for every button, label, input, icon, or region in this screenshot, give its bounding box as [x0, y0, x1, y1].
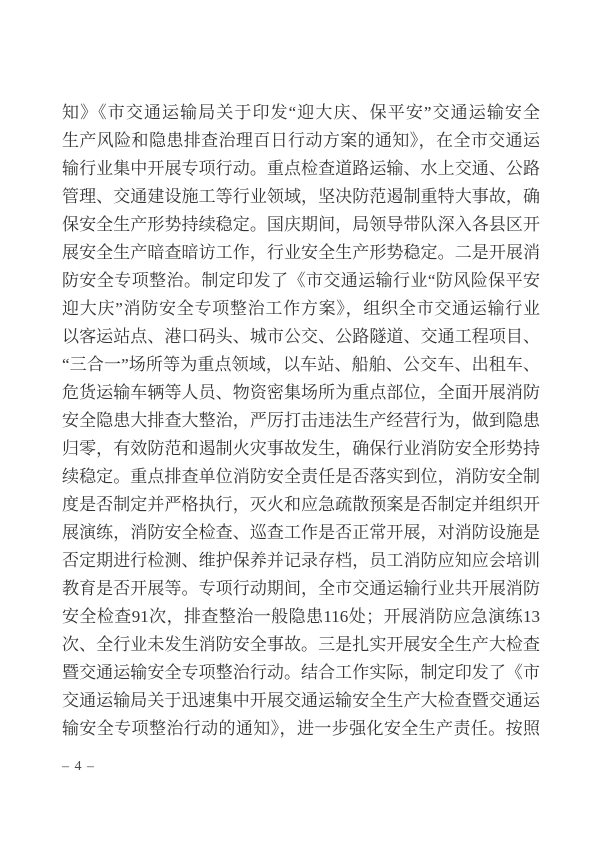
text-line: 生产风险和隐患排查治理百日行动方案的通知》，在全市交通运 — [62, 127, 540, 155]
text-line: 输行业集中开展专项行动。重点检查道路运输、水上交通、公路 — [62, 155, 540, 183]
text-line: 安全隐患大排查大整治，严厉打击违法生产经营行为，做到隐患 — [62, 407, 540, 435]
text-line: 度是否制定并严格执行，灭火和应急疏散预案是否制定并组织开 — [62, 491, 540, 519]
text-line: 交通运输局关于迅速集中开展交通运输安全生产大检查暨交通运 — [62, 687, 540, 715]
text-line: 知》《市交通运输局关于印发“迎大庆、保平安”交通运输安全 — [62, 99, 540, 127]
page-number: – 4 – — [62, 759, 95, 775]
text-line: 输安全专项整治行动的通知》，进一步强化安全生产责任。按照 — [62, 715, 540, 743]
document-page: 知》《市交通运输局关于印发“迎大庆、保平安”交通运输安全 生产风险和隐患排查治理… — [0, 0, 600, 848]
text-line: 迎大庆”消防安全专项整治工作方案》，组织全市交通运输行业 — [62, 295, 540, 323]
text-line: 续稳定。重点排查单位消防安全责任是否落实到位，消防安全制 — [62, 463, 540, 491]
text-line: 教育是否开展等。专项行动期间，全市交通运输行业共开展消防 — [62, 575, 540, 603]
text-line: 防安全专项整治。制定印发了《市交通运输行业“防风险保平安 — [62, 267, 540, 295]
text-line: 危货运输车辆等人员、物资密集场所为重点部位，全面开展消防 — [62, 379, 540, 407]
text-line: 保安全生产形势持续稳定。国庆期间，局领导带队深入各县区开 — [62, 211, 540, 239]
text-line: “三合一”场所等为重点领域，以车站、船舶、公交车、出租车、 — [62, 351, 540, 379]
text-line: 安全检查91次，排查整治一般隐患116处；开展消防应急演练13 — [62, 603, 540, 631]
document-body: 知》《市交通运输局关于印发“迎大庆、保平安”交通运输安全 生产风险和隐患排查治理… — [62, 99, 540, 743]
text-line: 否定期进行检测、维护保养并记录存档，员工消防应知应会培训 — [62, 547, 540, 575]
text-line: 展安全生产暗查暗访工作，行业安全生产形势稳定。二是开展消 — [62, 239, 540, 267]
text-line: 展演练，消防安全检查、巡查工作是否正常开展，对消防设施是 — [62, 519, 540, 547]
text-line: 次、全行业未发生消防安全事故。三是扎实开展安全生产大检查 — [62, 631, 540, 659]
text-line: 暨交通运输安全专项整治行动。结合工作实际，制定印发了《市 — [62, 659, 540, 687]
text-line: 以客运站点、港口码头、城市公交、公路隧道、交通工程项目、 — [62, 323, 540, 351]
text-line: 归零，有效防范和遏制火灾事故发生，确保行业消防安全形势持 — [62, 435, 540, 463]
text-line: 管理、交通建设施工等行业领域，坚决防范遏制重特大事故，确 — [62, 183, 540, 211]
